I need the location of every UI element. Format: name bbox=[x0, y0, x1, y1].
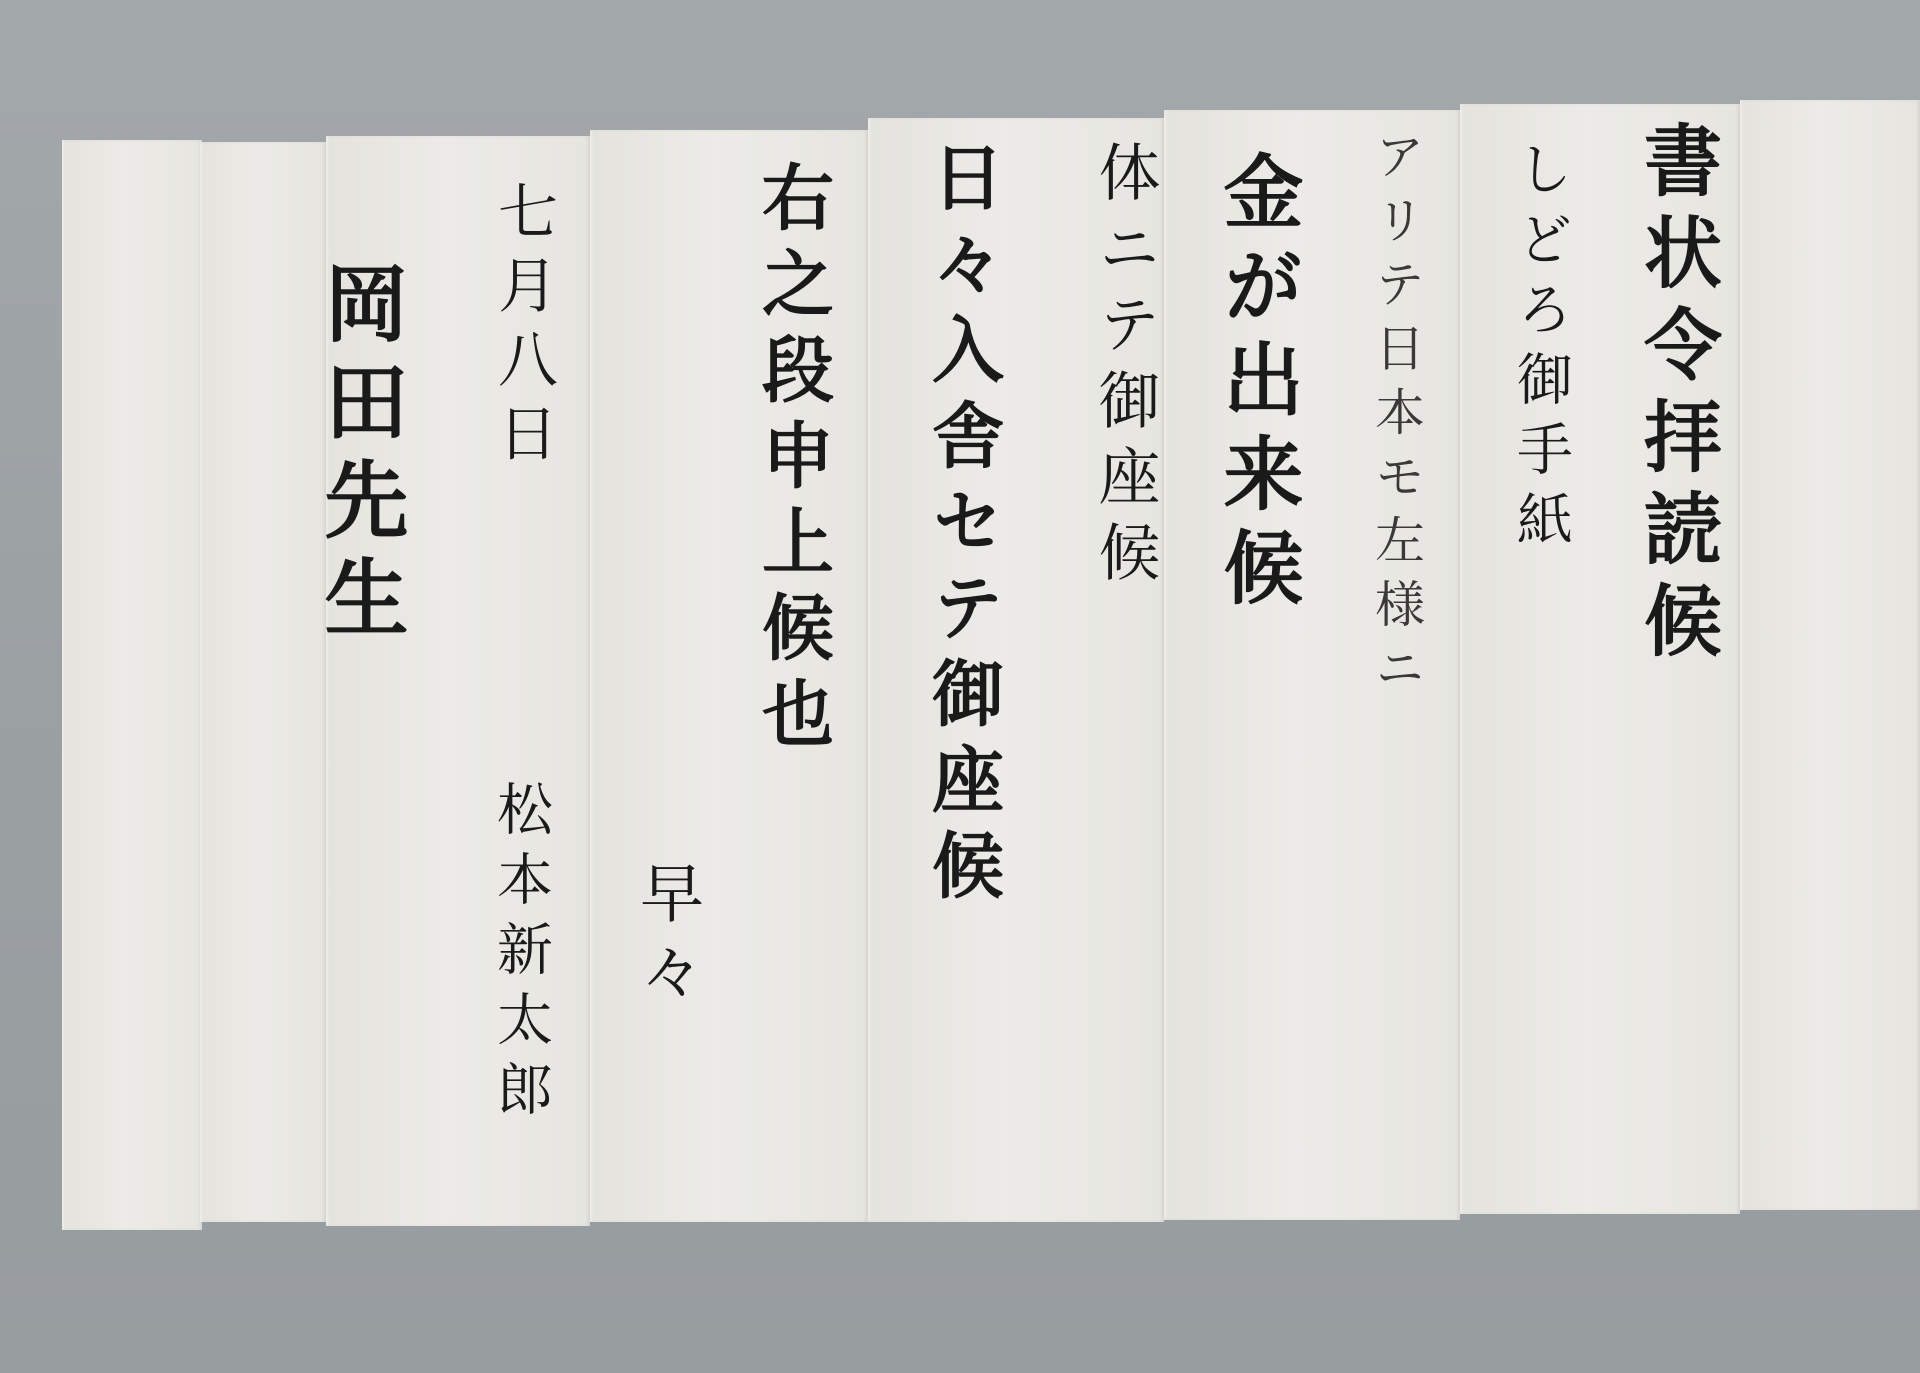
letter-date: 七月八日 bbox=[480, 180, 566, 476]
letter-signature: 松本新太郎 bbox=[480, 780, 560, 1130]
paper-panel-8 bbox=[1740, 100, 1920, 1210]
letter-column-3: アリテ日本モ左様ニ bbox=[1360, 130, 1432, 706]
letter-column-6: 日々入舎セテ御座候 bbox=[910, 140, 1014, 914]
letter-column-4: 金が出来候 bbox=[1200, 150, 1315, 620]
letter-column-7: 右之段申上候也 bbox=[740, 160, 844, 762]
letter-column-5: 体ニテ御座候 bbox=[1080, 140, 1169, 596]
letter-column-8: 早々 bbox=[620, 860, 712, 1016]
letter-addressee: 岡田先生 bbox=[300, 260, 421, 652]
paper-panel-1 bbox=[62, 140, 202, 1230]
letter-column-1: 書状令拝読候 bbox=[1620, 120, 1732, 672]
letter-column-2: しどろ御手紙 bbox=[1500, 140, 1580, 560]
